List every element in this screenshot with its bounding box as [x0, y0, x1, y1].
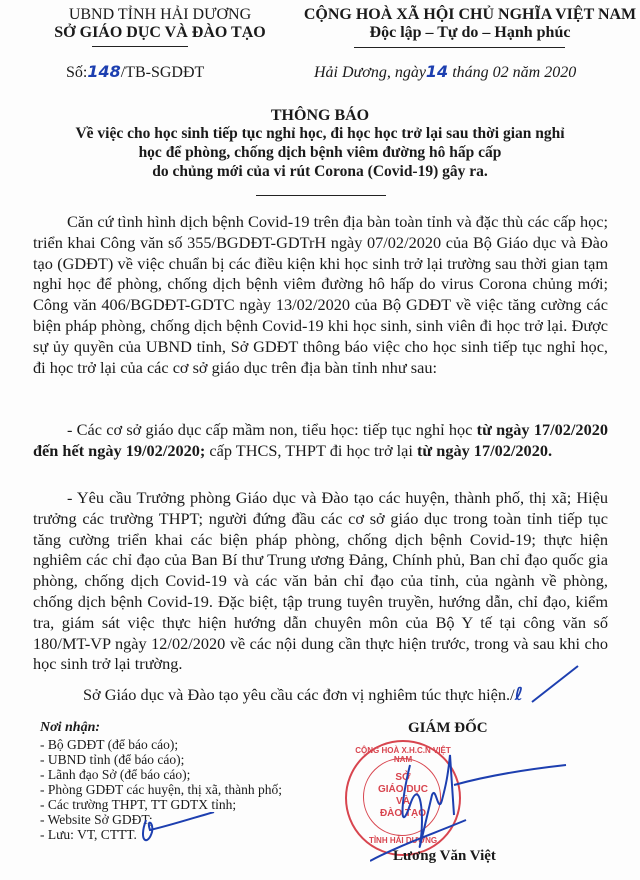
schedule-dates-secondary: từ ngày 17/02/2020. [417, 441, 552, 460]
director-signature-icon [370, 745, 570, 865]
notice-heading: THÔNG BÁO [0, 107, 640, 125]
recipient-item: - Phòng GDĐT các huyện, thị xã, thành ph… [40, 782, 282, 798]
paragraph-schedule: - Các cơ sở giáo dục cấp mầm non, tiểu h… [33, 420, 608, 462]
subject-line-1: Về việc cho học sinh tiếp tục nghỉ học, … [0, 125, 640, 143]
place-and-date: Hải Dương, ngày14 tháng 02 năm 2020 [314, 62, 576, 82]
number-suffix: /TB-SGDĐT [121, 64, 205, 81]
recipients-heading: Nơi nhận: [40, 720, 100, 736]
agency-name: SỞ GIÁO DỤC VÀ ĐÀO TẠO [0, 24, 320, 42]
initial-signature-icon [138, 812, 218, 846]
agency-underline [92, 46, 188, 47]
handwritten-day: 14 [426, 62, 448, 81]
signer-title: GIÁM ĐỐC [408, 720, 488, 737]
recipient-item: - Các trường THPT, TT GDTX tỉnh; [40, 797, 236, 813]
date-prefix: Hải Dương, ngày [314, 64, 426, 81]
signer-name: Lương Văn Việt [393, 848, 496, 865]
initial-mark: ℓ [515, 684, 524, 705]
number-prefix: Số: [66, 64, 87, 81]
recipient-item: - Bộ GDĐT (để báo cáo); [40, 737, 178, 753]
date-suffix: tháng 02 năm 2020 [448, 64, 576, 81]
recipient-item: - Lãnh đạo Sở (để báo cáo); [40, 767, 190, 783]
recipient-item: - Lưu: VT, CTTT. [40, 827, 137, 843]
schedule-text-1: - Các cơ sở giáo dục cấp mầm non, tiểu h… [67, 420, 477, 439]
title-underline [256, 195, 386, 196]
nation-title: CỘNG HOÀ XÃ HỘI CHỦ NGHĨA VIỆT NAM [300, 6, 640, 24]
recipient-item: - Website Sở GDĐT; [40, 812, 153, 828]
document-number: Số:148/TB-SGDĐT [66, 62, 204, 82]
schedule-text-2: cấp THCS, THPT đi học trở lại [205, 441, 417, 460]
paragraph-legal-basis: Căn cứ tình hình dịch bệnh Covid-19 trên… [33, 212, 608, 378]
motto-underline [354, 47, 565, 48]
subject-line-3: do chủng mới của vi rút Corona (Covid-19… [0, 163, 640, 181]
closing-text: Sở Giáo dục và Đào tạo yêu cầu các đơn v… [83, 685, 515, 704]
subject-line-2: học để phòng, chống dịch bệnh viêm đường… [0, 144, 640, 162]
agency-parent: UBND TỈNH HẢI DƯƠNG [0, 6, 320, 24]
closing-statement: Sở Giáo dục và Đào tạo yêu cầu các đơn v… [83, 684, 523, 705]
recipient-item: - UBND tỉnh (để báo cáo); [40, 752, 184, 768]
national-motto: Độc lập – Tự do – Hạnh phúc [300, 24, 640, 42]
paragraph-requirements: - Yêu cầu Trưởng phòng Giáo dục và Đào t… [33, 488, 608, 675]
pen-stroke-icon [530, 664, 580, 704]
handwritten-number: 148 [87, 62, 120, 81]
